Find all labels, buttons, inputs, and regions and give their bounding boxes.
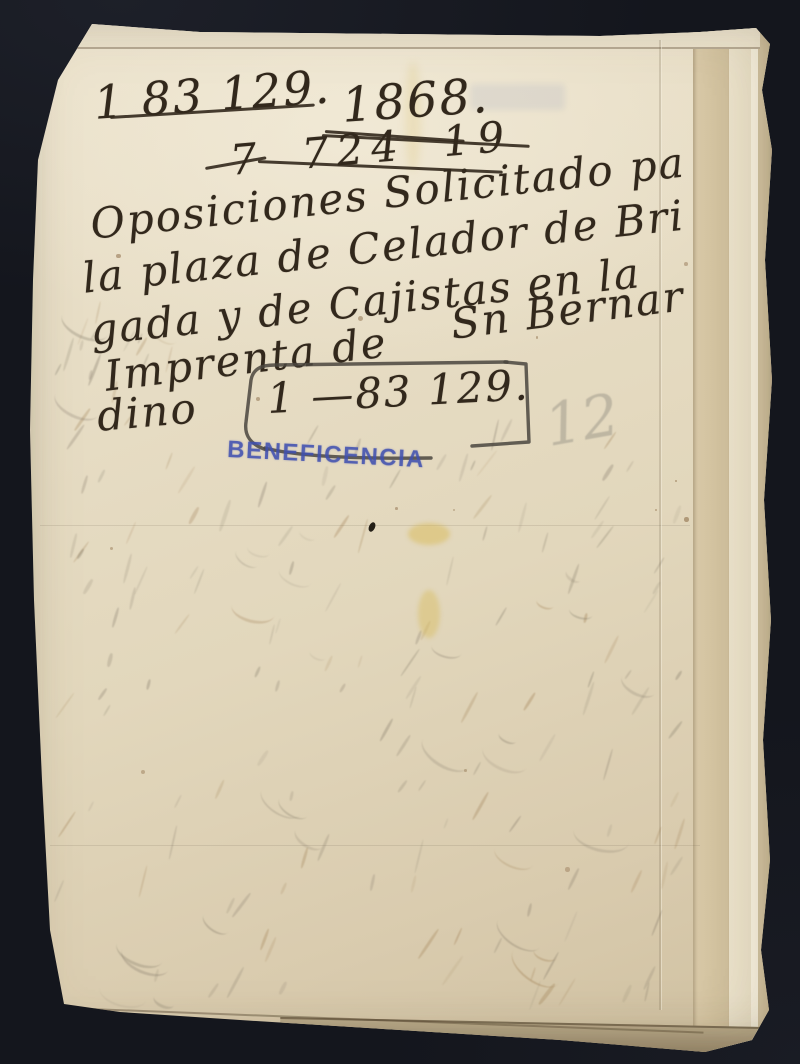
title-line-5: dino [95,383,200,441]
archive-photo: 1 83 129. 1868. 7 724 19 Oposiciones Sol… [0,0,800,1064]
yellow-stain [418,590,440,638]
pencil-note-ghost: 12 [540,380,624,460]
document-page: 1 83 129. 1868. 7 724 19 Oposiciones Sol… [0,0,800,1064]
yellow-stain [408,523,450,545]
